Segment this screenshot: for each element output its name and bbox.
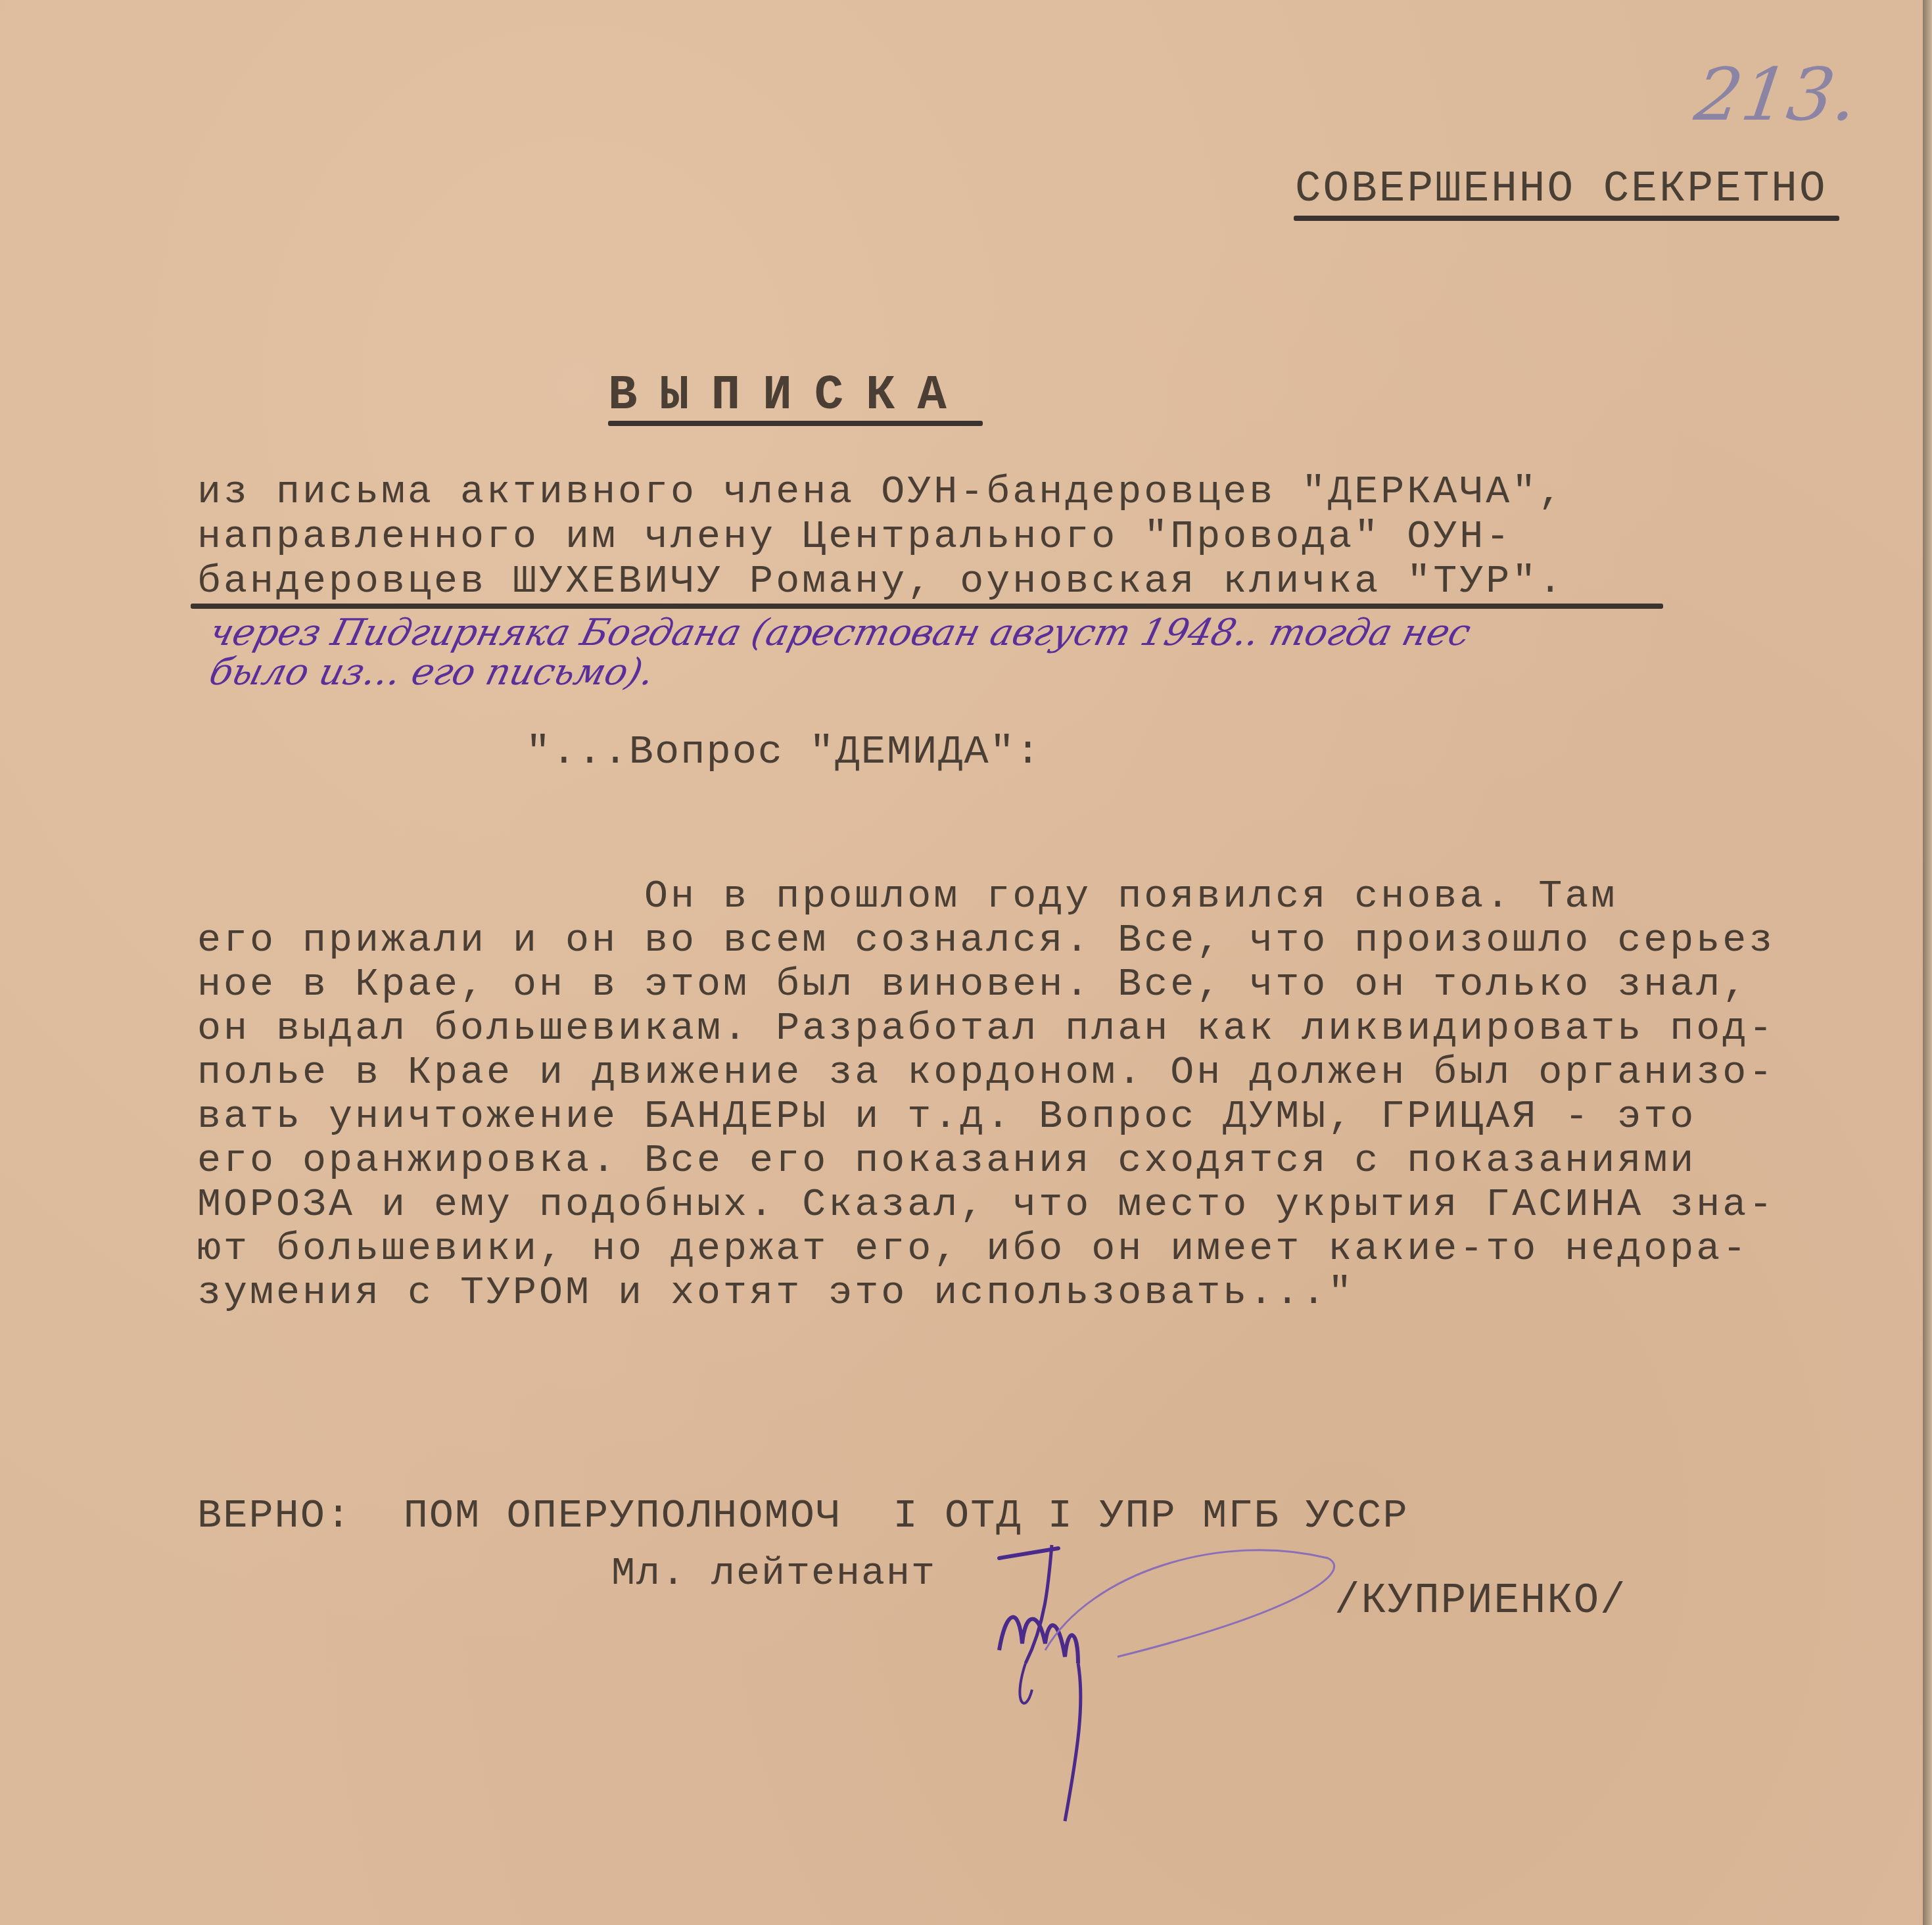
body-line: МОРОЗА и ему подобных. Сказал, что место… xyxy=(197,1183,1775,1227)
body-line: его оранжировка. Все его показания сходя… xyxy=(197,1139,1696,1183)
body-line: ное в Крае, он в этом был виновен. Все, … xyxy=(197,962,1749,1007)
officer-surname: /КУПРИЕНКО/ xyxy=(1334,1578,1626,1625)
page-edge xyxy=(1923,0,1932,1925)
body-line: ют большевики, но держат его, ибо он име… xyxy=(197,1227,1749,1271)
classification-stamp: СОВЕРШЕННО СЕКРЕТНО xyxy=(1295,164,1827,214)
body-line: зумения с ТУРОМ и хотят это использовать… xyxy=(197,1271,1354,1316)
body-line: полье в Крае и движение за кордоном. Он … xyxy=(197,1051,1775,1095)
page-number: 213. xyxy=(1690,53,1863,137)
signature-icon xyxy=(986,1532,1354,1828)
officer-rank: Мл. лейтенант xyxy=(611,1552,936,1596)
body-line: вать уничтожение БАНДЕРЫ и т.д. Вопрос Д… xyxy=(197,1095,1696,1139)
handwritten-note-line-1: через Пидгирняка Богдана (арестован авгу… xyxy=(205,611,1475,654)
subject-line-3: бандеровцев ШУХЕВИЧУ Роману, оуновская к… xyxy=(197,559,1565,604)
body-line: Он в прошлом году появился снова. Там xyxy=(197,874,1617,919)
title-underline xyxy=(608,421,983,426)
quote-header: "...Вопрос "ДЕМИДА": xyxy=(526,728,1041,775)
subject-line-1: из письма активного члена ОУН-бандеровце… xyxy=(197,470,1565,515)
subject-line-2: направленного им члену Центрального "Про… xyxy=(197,515,1512,559)
document-title: ВЫПИСКА xyxy=(608,368,969,423)
subject-underline xyxy=(191,604,1663,609)
classification-underline xyxy=(1294,216,1839,221)
handwritten-note-line-2: было из… его письмо). xyxy=(205,651,659,694)
body-line: его прижали и он во всем сознался. Все, … xyxy=(197,918,1775,963)
body-line: он выдал большевикам. Разработал план ка… xyxy=(197,1007,1775,1051)
